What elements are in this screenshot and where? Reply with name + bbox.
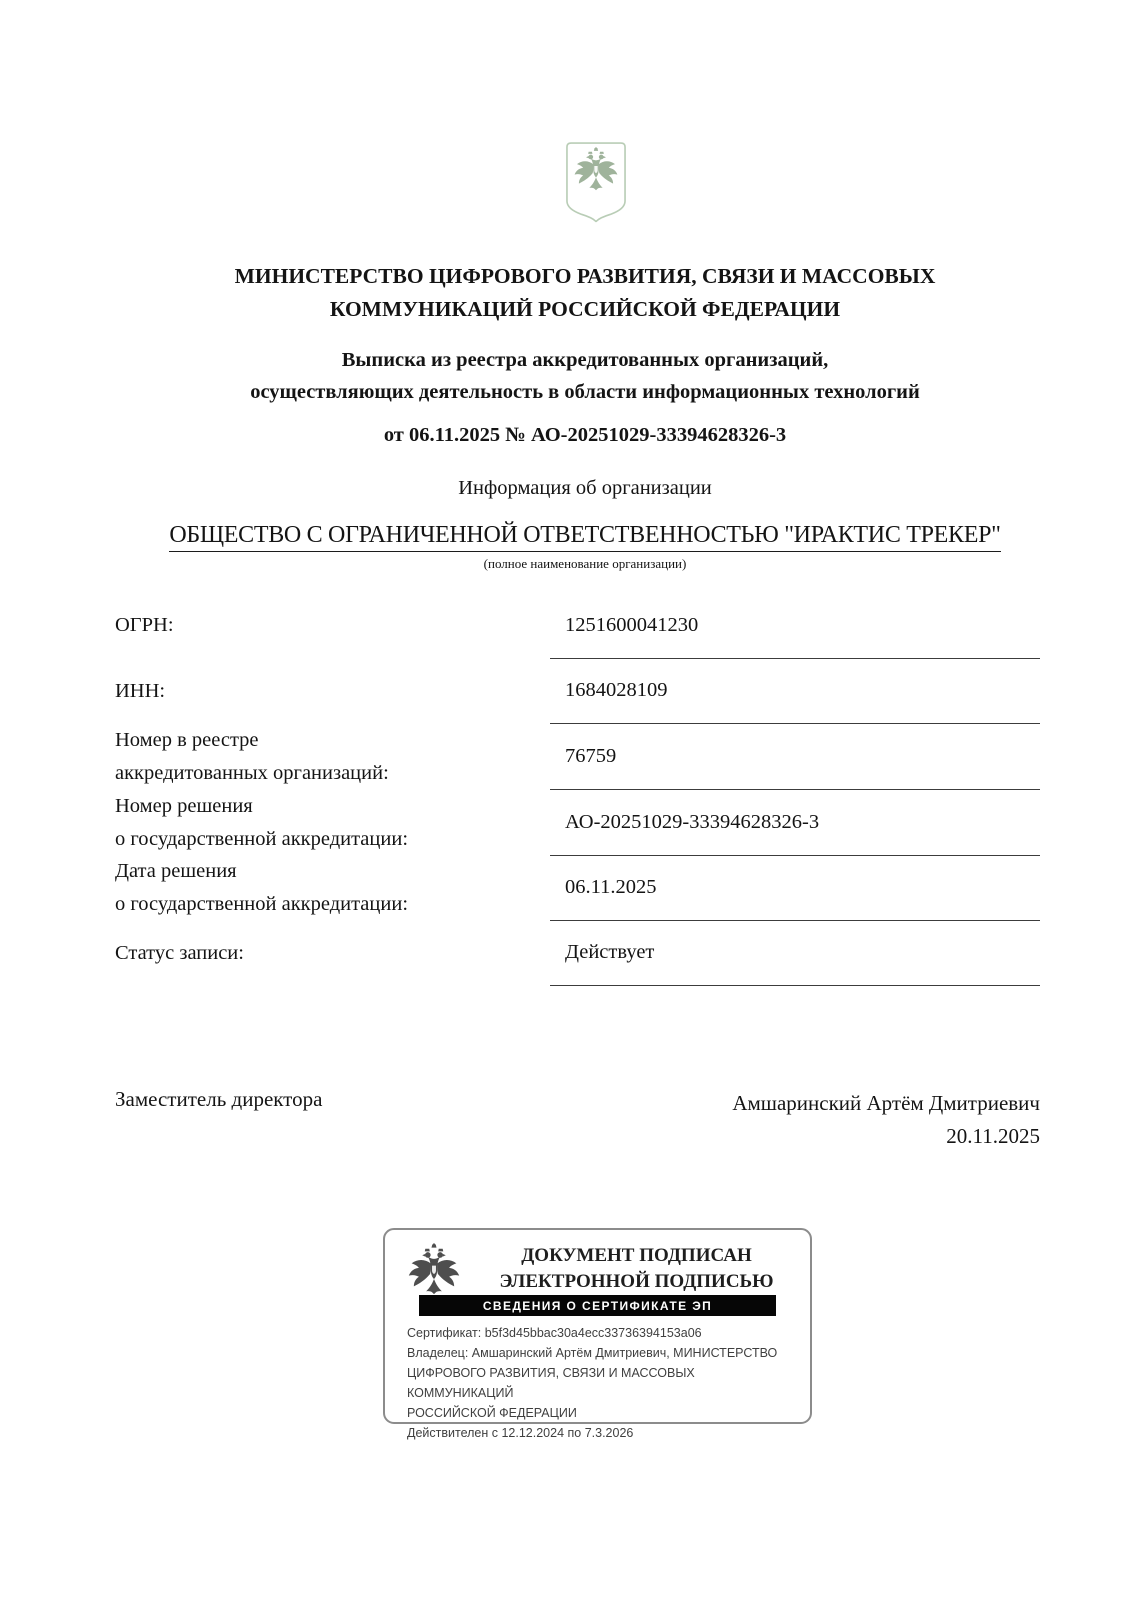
organization-name-text: ОБЩЕСТВО С ОГРАНИЧЕННОЙ ОТВЕТСТВЕННОСТЬЮ… <box>169 522 1000 552</box>
field-value-cell: 1684028109 <box>550 659 1040 725</box>
table-row-registry-number: Номер в реестре аккредитованных организа… <box>115 724 1040 790</box>
stamp-owner: Владелец: Амшаринский Артём Дмитриевич, … <box>407 1343 799 1423</box>
field-value: 06.11.2025 <box>565 876 657 899</box>
stamp-validity: Действителен с 12.12.2024 по 7.3.2026 <box>407 1423 799 1443</box>
field-value-cell: Действует <box>550 921 1040 987</box>
document-page: МИНИСТЕРСТВО ЦИФРОВОГО РАЗВИТИЯ, СВЯЗИ И… <box>0 0 1128 1620</box>
field-value-cell: АО-20251029-33394628326-3 <box>550 790 1040 856</box>
field-value: 1251600041230 <box>565 614 698 637</box>
stamp-certificate-bar: СВЕДЕНИЯ О СЕРТИФИКАТЕ ЭП <box>419 1295 776 1316</box>
fields-table: ОГРН: 1251600041230 ИНН: 1684028109 Номе… <box>115 593 1040 986</box>
signer-name-date: Амшаринский Артём Дмитриевич 20.11.2025 <box>732 1087 1040 1153</box>
field-value-cell: 06.11.2025 <box>550 855 1040 921</box>
document-number-line: от 06.11.2025 № АО-20251029-33394628326-… <box>85 424 1085 447</box>
document-title: Выписка из реестра аккредитованных орган… <box>85 344 1085 408</box>
ministry-name: МИНИСТЕРСТВО ЦИФРОВОГО РАЗВИТИЯ, СВЯЗИ И… <box>85 260 1085 326</box>
signer-position: Заместитель директора <box>115 1087 322 1153</box>
status-value: Действует <box>565 941 654 964</box>
table-row-record-status: Статус записи: Действует <box>115 921 1040 987</box>
field-value: 76759 <box>565 745 616 768</box>
section-heading: Информация об организации <box>85 477 1085 500</box>
field-label: Статус записи: <box>115 937 550 970</box>
signer-name: Амшаринский Артём Дмитриевич <box>732 1087 1040 1120</box>
stamp-details: Сертификат: b5f3d45bbac30a4ecc3373639415… <box>407 1323 799 1443</box>
table-row-ogrn: ОГРН: 1251600041230 <box>115 593 1040 659</box>
organization-name: ОБЩЕСТВО С ОГРАНИЧЕННОЙ ОТВЕТСТВЕННОСТЬЮ… <box>85 522 1085 552</box>
signature-block: Заместитель директора Амшаринский Артём … <box>115 1087 1040 1153</box>
stamp-certificate: Сертификат: b5f3d45bbac30a4ecc3373639415… <box>407 1323 799 1343</box>
field-label: Дата решения о государственной аккредита… <box>115 855 550 921</box>
field-label: Номер решения о государственной аккредит… <box>115 790 550 856</box>
field-value: АО-20251029-33394628326-3 <box>565 811 819 834</box>
field-value: 1684028109 <box>565 679 668 702</box>
table-row-decision-date: Дата решения о государственной аккредита… <box>115 855 1040 921</box>
organization-name-caption: (полное наименование организации) <box>85 556 1085 572</box>
field-value-cell: 76759 <box>550 724 1040 790</box>
electronic-signature-stamp: ДОКУМЕНТ ПОДПИСАН ЭЛЕКТРОННОЙ ПОДПИСЬЮ С… <box>383 1228 812 1424</box>
field-value-cell: 1251600041230 <box>550 593 1040 659</box>
table-row-inn: ИНН: 1684028109 <box>115 659 1040 725</box>
stamp-title: ДОКУМЕНТ ПОДПИСАН ЭЛЕКТРОННОЙ ПОДПИСЬЮ <box>473 1243 800 1295</box>
field-label: ОГРН: <box>115 609 550 642</box>
signature-date: 20.11.2025 <box>732 1120 1040 1153</box>
field-label: Номер в реестре аккредитованных организа… <box>115 724 550 790</box>
field-label: ИНН: <box>115 675 550 708</box>
ministry-coat-of-arms-icon <box>563 139 629 225</box>
table-row-decision-number: Номер решения о государственной аккредит… <box>115 790 1040 856</box>
